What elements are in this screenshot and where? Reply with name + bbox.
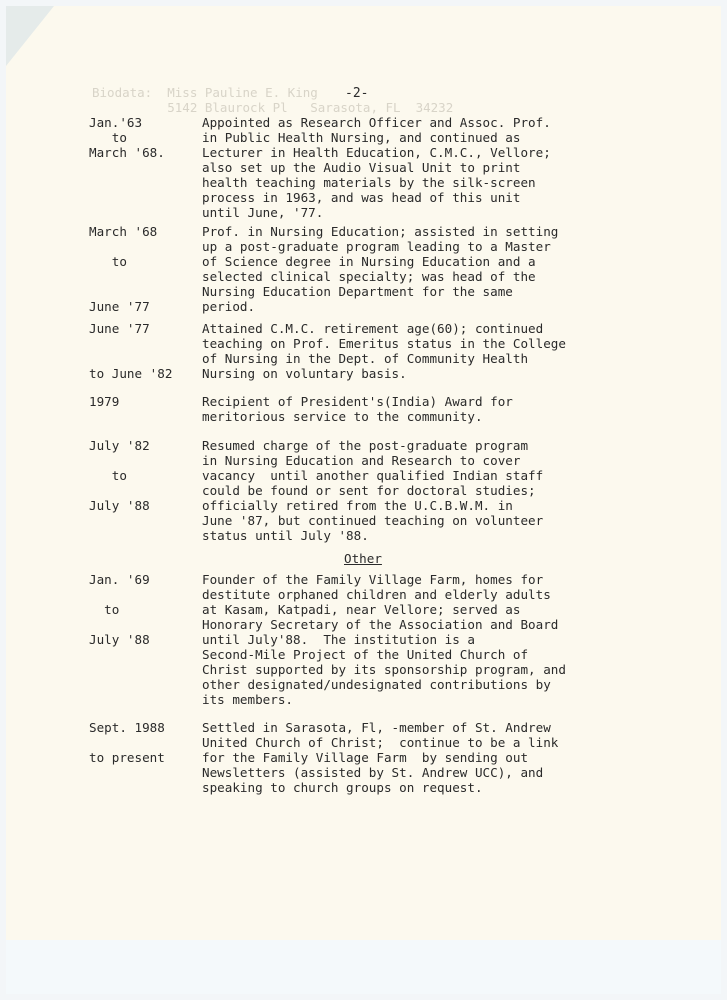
entry-date: July '82 to July '88 bbox=[89, 438, 199, 513]
entry-date: Jan.'63 to March '68. bbox=[89, 115, 199, 160]
scan-bottom-strip bbox=[6, 940, 721, 994]
entry-date: 1979 bbox=[89, 394, 199, 409]
entry-text: Prof. in Nursing Education; assisted in … bbox=[202, 224, 652, 314]
entry-text: Settled in Sarasota, Fl, -member of St. … bbox=[202, 720, 652, 795]
entry-date: March '68 to June '77 bbox=[89, 224, 199, 314]
entry-date: June '77 to June '82 bbox=[89, 321, 199, 381]
page-number: -2- bbox=[345, 86, 368, 101]
entry-text: Resumed charge of the post-graduate prog… bbox=[202, 438, 652, 543]
entry-text: Recipient of President's(India) Award fo… bbox=[202, 394, 652, 424]
entry-text: Founder of the Family Village Farm, home… bbox=[202, 572, 652, 707]
folded-corner bbox=[6, 6, 54, 66]
entry-text: Appointed as Research Officer and Assoc.… bbox=[202, 115, 652, 220]
section-heading-other: Other bbox=[344, 551, 382, 566]
entry-date: Jan. '69 to July '88 bbox=[89, 572, 199, 647]
bleed-through-header: Biodata: Miss Pauline E. King 5142 Blaur… bbox=[92, 86, 453, 115]
entry-date: Sept. 1988 to present bbox=[89, 720, 199, 765]
entry-text: Attained C.M.C. retirement age(60); cont… bbox=[202, 321, 652, 381]
